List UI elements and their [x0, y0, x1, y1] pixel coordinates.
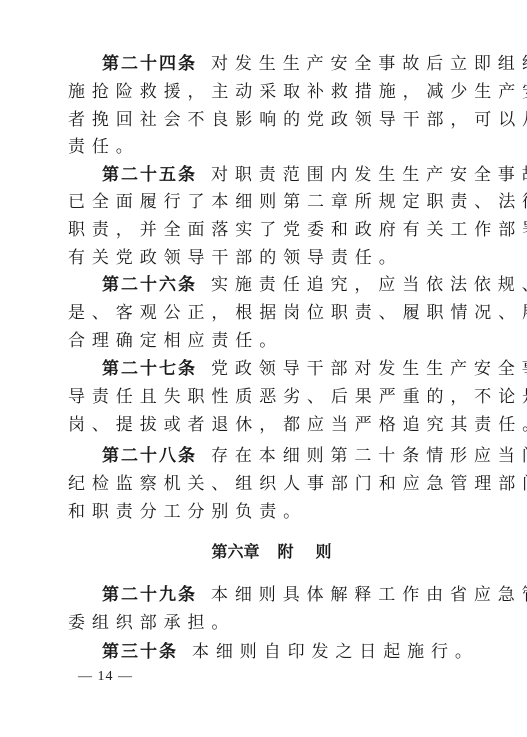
- article-text: 党政领导干部对发生生产安全事故负有领: [211, 359, 527, 379]
- chapter-number: 第六章: [211, 542, 259, 561]
- article-title: 第二十五条: [102, 165, 197, 185]
- article-title: 第三十条: [102, 642, 178, 662]
- article-25-line-2: 已全面履行了本细则第二章所规定职责、法律法规规定有关: [68, 188, 482, 216]
- article-30-first-line: 第三十条本细则自印发之日起施行。: [102, 638, 482, 666]
- article-26-line-2: 是、客观公正，根据岗位职责、履职情况、履职条件等因素: [68, 299, 482, 327]
- article-text: 本细则具体解释工作由省应急管理厅商省: [211, 585, 527, 605]
- article-text: 对职责范围内发生生产安全事故，经查实: [211, 165, 527, 185]
- article-text: 存在本细则第二十条情形应当问责的，由: [211, 446, 527, 466]
- chapter-name-part-2: 则: [316, 542, 332, 561]
- article-24-first-line: 第二十四条对发生生产安全事故后立即组织并科学实: [102, 50, 482, 78]
- article-24-line-3: 者挽回社会不良影响的党政领导干部，可以从轻、减轻追究: [68, 106, 482, 134]
- article-24-line-4: 责任。: [68, 133, 482, 161]
- article-28-line-2: 纪检监察机关、组织人事部门和应急管理部门按照管理权限: [68, 470, 482, 498]
- chapter-heading: 第六章附则: [0, 538, 527, 566]
- article-28-first-line: 第二十八条存在本细则第二十条情形应当问责的，由: [102, 442, 482, 470]
- article-27-first-line: 第二十七条党政领导干部对发生生产安全事故负有领: [102, 355, 482, 383]
- article-29-first-line: 第二十九条本细则具体解释工作由省应急管理厅商省: [102, 581, 482, 609]
- article-24-line-2: 施抢险救援，主动采取补救措施，减少生产安全事故损失或: [68, 78, 482, 106]
- article-28-line-3: 和职责分工分别负责。: [68, 498, 482, 526]
- article-title: 第二十七条: [102, 359, 197, 379]
- article-27-line-3: 岗、提拔或者退休，都应当严格追究其责任。: [68, 411, 482, 439]
- page-number: — 14 —: [78, 666, 133, 688]
- article-title: 第二十九条: [102, 585, 197, 605]
- document-page: 第二十四条对发生生产安全事故后立即组织并科学实 施抢险救援，主动采取补救措施，减…: [0, 0, 527, 737]
- article-26-line-3: 合理确定相应责任。: [68, 327, 482, 355]
- article-text: 本细则自印发之日起施行。: [192, 642, 479, 662]
- article-title: 第二十四条: [102, 54, 197, 74]
- article-text: 实施责任追究，应当依法依规、实事求: [211, 275, 527, 295]
- article-25-line-4: 有关党政领导干部的领导责任。: [68, 244, 482, 272]
- article-27-line-2: 导责任且失职性质恶劣、后果严重的，不论是否已调离转: [68, 383, 482, 411]
- article-text: 对发生生产安全事故后立即组织并科学实: [211, 54, 527, 74]
- article-title: 第二十六条: [102, 275, 197, 295]
- article-25-first-line: 第二十五条对职责范围内发生生产安全事故，经查实: [102, 161, 482, 189]
- article-title: 第二十八条: [102, 446, 197, 466]
- article-29-line-2: 委组织部承担。: [68, 609, 482, 637]
- article-26-first-line: 第二十六条实施责任追究，应当依法依规、实事求: [102, 271, 482, 299]
- article-25-line-3: 职责，并全面落实了党委和政府有关工作部署的，不予追究: [68, 216, 482, 244]
- chapter-name-part-1: 附: [277, 542, 293, 561]
